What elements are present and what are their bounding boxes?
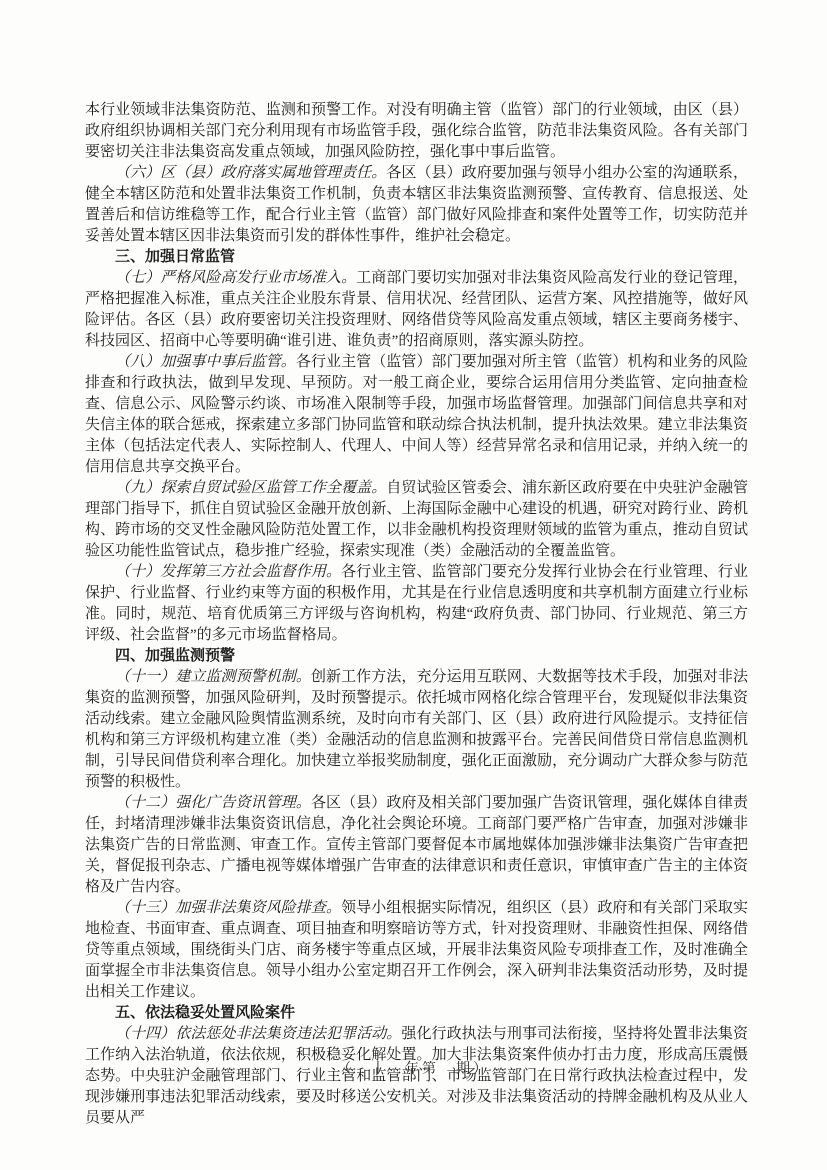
paragraph-item-13: （十三）加强非法集资风险排查。领导小组根据实际情况，组织区（县）政府和有关部门采… bbox=[85, 898, 748, 1003]
paragraph-text: 各行业主管（监管）部门要加强对所主管（监管）机构和业务的风险排查和行政执法，做到… bbox=[85, 354, 748, 475]
paragraph-lead: （十二）强化广告资讯管理。 bbox=[115, 795, 311, 811]
paragraph-lead: （八）加强事中事后监管。 bbox=[115, 354, 296, 370]
section-heading-3: 三、加强日常监管 bbox=[85, 247, 748, 268]
section-heading-4: 四、加强监测预警 bbox=[85, 646, 748, 667]
paragraph-lead: （七）严格风险高发行业市场准入。 bbox=[115, 270, 356, 286]
section-heading-5: 五、依法稳妥处置风险案件 bbox=[85, 1003, 748, 1024]
paragraph-item-6: （六）区（县）政府落实属地管理责任。各区（县）政府要加强与领导小组办公室的沟通联… bbox=[85, 163, 748, 247]
paragraph-text: 创新工作方法，充分运用互联网、大数据等技术手段，加强对非法集资的监测预警，加强风… bbox=[85, 669, 748, 790]
paragraph-continuation: 本行业领域非法集资防范、监测和预警工作。对没有明确主管（监管）部门的行业领域，由… bbox=[85, 100, 748, 163]
page-footer: （ 丨 年第 期） bbox=[0, 1058, 827, 1078]
paragraph-lead: （十四）依法惩处非法集资违法犯罪活动。 bbox=[115, 1026, 401, 1042]
paragraph-lead: （九）探索自贸试验区监管工作全覆盖。 bbox=[115, 480, 386, 496]
paragraph-lead: （六）区（县）政府落实属地管理责任。 bbox=[115, 165, 386, 181]
paragraph-lead: （十）发挥第三方社会监督作用。 bbox=[115, 564, 341, 580]
paragraph-item-8: （八）加强事中事后监管。各行业主管（监管）部门要加强对所主管（监管）机构和业务的… bbox=[85, 352, 748, 478]
paragraph-item-7: （七）严格风险高发行业市场准入。工商部门要切实加强对非法集资风险高发行业的登记管… bbox=[85, 268, 748, 352]
paragraph-lead: （十三）加强非法集资风险排查。 bbox=[115, 900, 341, 916]
paragraph-lead: （十一）建立监测预警机制。 bbox=[115, 669, 311, 685]
paragraph-item-12: （十二）强化广告资讯管理。各区（县）政府及相关部门要加强广告资讯管理，强化媒体自… bbox=[85, 793, 748, 898]
paragraph-item-10: （十）发挥第三方社会监督作用。各行业主管、监管部门要充分发挥行业协会在行业管理、… bbox=[85, 562, 748, 646]
scanned-document-page: 本行业领域非法集资防范、监测和预警工作。对没有明确主管（监管）部门的行业领域，由… bbox=[0, 0, 827, 1170]
document-text-block: 本行业领域非法集资防范、监测和预警工作。对没有明确主管（监管）部门的行业领域，由… bbox=[85, 100, 748, 1129]
paragraph-item-11: （十一）建立监测预警机制。创新工作方法，充分运用互联网、大数据等技术手段，加强对… bbox=[85, 667, 748, 793]
paragraph-text: 本行业领域非法集资防范、监测和预警工作。对没有明确主管（监管）部门的行业领域，由… bbox=[85, 102, 748, 160]
paragraph-item-9: （九）探索自贸试验区监管工作全覆盖。自贸试验区管委会、浦东新区政府要在中央驻沪金… bbox=[85, 478, 748, 562]
